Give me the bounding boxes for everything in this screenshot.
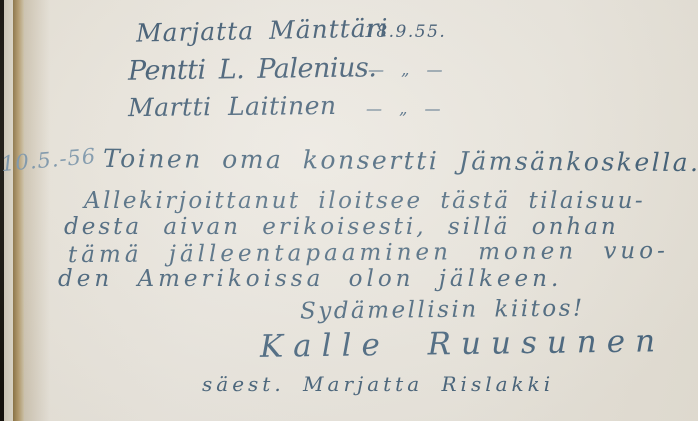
entry-line: Toinen oma konsertti Jämsänkoskella. (103, 146, 698, 175)
signature-date: 18.9.55. (364, 24, 446, 41)
entry-closing: Sydämellisin kiitos! (300, 298, 585, 324)
ditto-mark: — „ — (366, 101, 446, 117)
page-gutter-crease (13, 0, 24, 421)
gutter-shading (24, 0, 50, 421)
page-edge (4, 0, 13, 421)
signature-name: Pentti L. Palenius. (128, 54, 377, 84)
ditto-mark: — „ — (368, 62, 448, 78)
entry-line: desta aivan erikoisesti, sillä onhan (64, 216, 619, 239)
entry-line: Allekirjoittanut iloitsee tästä tilaisuu… (84, 190, 645, 213)
entry-line: tämä jälleentapaaminen monen vuo- (68, 240, 669, 267)
entry-accompanist: säest. Marjatta Rislakki (202, 374, 554, 394)
signature-name: Martti Laitinen (128, 93, 337, 120)
entry-line: den Amerikoissa olon jälkeen. (58, 268, 562, 291)
entry-date: 10.5.-56 (0, 146, 97, 175)
signature-name: Marjatta Mänttäri (136, 15, 389, 45)
entry-signature: Kalle Ruusunen (260, 326, 665, 363)
guestbook-page: Marjatta Mänttäri 18.9.55. Pentti L. Pal… (0, 0, 698, 421)
